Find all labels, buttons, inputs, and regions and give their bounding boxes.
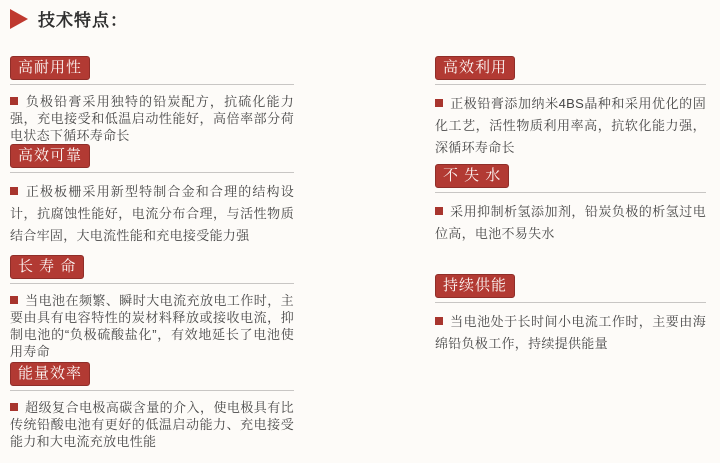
feature-paragraph: 超级复合电极高碳含量的介入，使电极具有比传统铅酸电池有更好的低温启动能力、充电接… bbox=[10, 399, 294, 450]
bullet-square-icon bbox=[10, 403, 18, 411]
feature-section-continuous-power: 持续供能 当电池处于长时间小电流工作时，主要由海绵铅负极工作，持续提供能量 bbox=[435, 274, 706, 355]
feature-badge: 持续供能 bbox=[435, 274, 515, 298]
feature-badge: 高效利用 bbox=[435, 56, 515, 80]
feature-badge: 高耐用性 bbox=[10, 56, 90, 80]
feature-badge: 长 寿 命 bbox=[10, 255, 84, 279]
feature-paragraph: 当电池处于长时间小电流工作时，主要由海绵铅负极工作，持续提供能量 bbox=[435, 311, 706, 355]
divider-line bbox=[435, 192, 706, 193]
feature-text: 超级复合电极高碳含量的介入，使电极具有比传统铅酸电池有更好的低温启动能力、充电接… bbox=[10, 400, 294, 449]
feature-paragraph: 正极板栅采用新型特制合金和合理的结构设计，抗腐蚀性能好，电流分布合理，与活性物质… bbox=[10, 181, 294, 247]
page-title: 技术特点： bbox=[38, 6, 128, 31]
right-triangle-icon bbox=[10, 9, 28, 29]
page-header: 技术特点： bbox=[10, 6, 128, 31]
divider-line bbox=[435, 84, 706, 85]
divider-line bbox=[435, 302, 706, 303]
feature-paragraph: 负极铅膏采用独特的铅炭配方，抗硫化能力强，充电接受和低温启动性能好，高倍率部分荷… bbox=[10, 93, 294, 144]
feature-text: 采用抑制析氢添加剂，铅炭负极的析氢过电位高，电池不易失水 bbox=[435, 204, 706, 241]
feature-paragraph: 正极铅膏添加纳米4BS晶种和采用优化的固化工艺，活性物质利用率高，抗软化能力强，… bbox=[435, 93, 706, 159]
tech-features-page: 技术特点： 高耐用性 负极铅膏采用独特的铅炭配方，抗硫化能力强，充电接受和低温启… bbox=[0, 0, 720, 463]
feature-badge: 高效可靠 bbox=[10, 144, 90, 168]
divider-line bbox=[10, 84, 294, 85]
bullet-square-icon bbox=[10, 187, 18, 195]
bullet-square-icon bbox=[10, 97, 18, 105]
right-column: 高效利用 正极铅膏添加纳米4BS晶种和采用优化的固化工艺，活性物质利用率高，抗软… bbox=[435, 56, 706, 355]
feature-badge: 不 失 水 bbox=[435, 164, 509, 188]
feature-paragraph: 当电池在频繁、瞬时大电流充放电工作时，主要由具有电容特性的炭材料释放或接收电流，… bbox=[10, 292, 294, 360]
feature-text: 正极板栅采用新型特制合金和合理的结构设计，抗腐蚀性能好，电流分布合理，与活性物质… bbox=[10, 184, 294, 243]
feature-badge: 能量效率 bbox=[10, 362, 90, 386]
bullet-square-icon bbox=[10, 296, 18, 304]
divider-line bbox=[10, 283, 294, 284]
bullet-square-icon bbox=[435, 99, 443, 107]
feature-section-high-utilization: 高效利用 正极铅膏添加纳米4BS晶种和采用优化的固化工艺，活性物质利用率高，抗软… bbox=[435, 56, 706, 159]
feature-section-energy-efficiency: 能量效率 超级复合电极高碳含量的介入，使电极具有比传统铅酸电池有更好的低温启动能… bbox=[10, 362, 294, 450]
feature-section-long-life: 长 寿 命 当电池在频繁、瞬时大电流充放电工作时，主要由具有电容特性的炭材料释放… bbox=[10, 255, 294, 360]
feature-section-no-water-loss: 不 失 水 采用抑制析氢添加剂，铅炭负极的析氢过电位高，电池不易失水 bbox=[435, 164, 706, 245]
feature-text: 当电池处于长时间小电流工作时，主要由海绵铅负极工作，持续提供能量 bbox=[435, 314, 706, 351]
left-column: 高耐用性 负极铅膏采用独特的铅炭配方，抗硫化能力强，充电接受和低温启动性能好，高… bbox=[10, 56, 294, 450]
feature-text: 负极铅膏采用独特的铅炭配方，抗硫化能力强，充电接受和低温启动性能好，高倍率部分荷… bbox=[10, 94, 294, 143]
feature-section-durability: 高耐用性 负极铅膏采用独特的铅炭配方，抗硫化能力强，充电接受和低温启动性能好，高… bbox=[10, 56, 294, 144]
bullet-square-icon bbox=[435, 207, 443, 215]
divider-line bbox=[10, 172, 294, 173]
feature-paragraph: 采用抑制析氢添加剂，铅炭负极的析氢过电位高，电池不易失水 bbox=[435, 201, 706, 245]
feature-section-reliability: 高效可靠 正极板栅采用新型特制合金和合理的结构设计，抗腐蚀性能好，电流分布合理，… bbox=[10, 144, 294, 247]
bullet-square-icon bbox=[435, 317, 443, 325]
feature-text: 正极铅膏添加纳米4BS晶种和采用优化的固化工艺，活性物质利用率高，抗软化能力强，… bbox=[435, 96, 706, 155]
divider-line bbox=[10, 390, 294, 391]
feature-text: 当电池在频繁、瞬时大电流充放电工作时，主要由具有电容特性的炭材料释放或接收电流，… bbox=[10, 293, 294, 359]
